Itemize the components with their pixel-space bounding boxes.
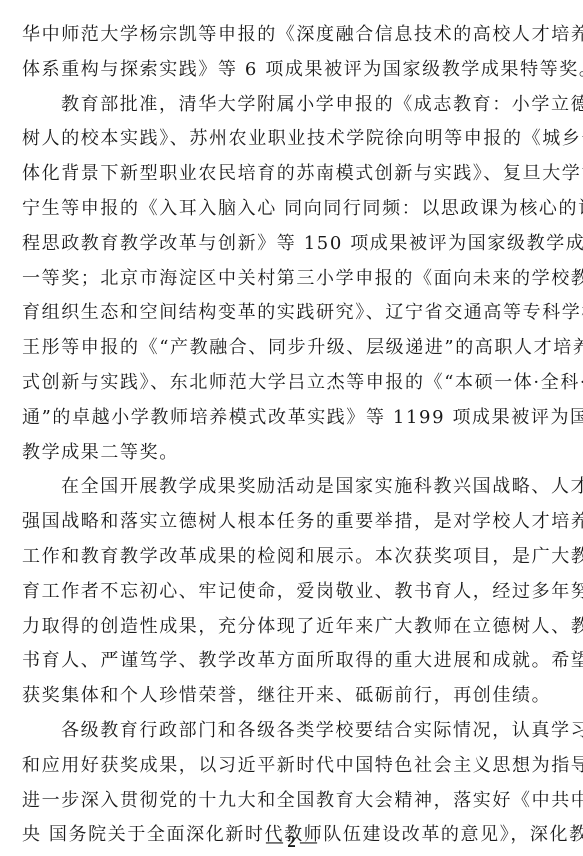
text-line: 和应用好获奖成果，以习近平新时代中国特色社会主义思想为指导， (22, 749, 562, 783)
text-line: 华中师范大学杨宗凯等申报的《深度融合信息技术的高校人才培养 (22, 18, 562, 52)
text-line: 书育人、严谨笃学、教学改革方面所取得的重大进展和成就。希望 (22, 644, 562, 678)
text-line: 进一步深入贯彻党的十九大和全国教育大会精神，落实好《中共中 (22, 784, 562, 818)
text-line: 育组织生态和空间结构变革的实践研究》、辽宁省交通高等专科学校 (22, 296, 562, 330)
text-line: 教学成果二等奖。 (22, 436, 562, 470)
text-line: 育工作者不忘初心、牢记使命，爱岗敬业、教书育人，经过多年努 (22, 575, 562, 609)
document-page: 华中师范大学杨宗凯等申报的《深度融合信息技术的高校人才培养体系重构与探索实践》等… (0, 0, 583, 856)
text-line: 树人的校本实践》、苏州农业职业技术学院徐向明等申报的《城乡一 (22, 122, 562, 156)
page-number: — 2 — (0, 832, 583, 852)
text-line: 体化背景下新型职业农民培育的苏南模式创新与实践》、复旦大学许 (22, 157, 562, 191)
text-line: 体系重构与探索实践》等 6 项成果被评为国家级教学成果特等奖。 (22, 53, 562, 87)
text-line: 各级教育行政部门和各级各类学校要结合实际情况，认真学习 (61, 714, 583, 748)
text-line: 通”的卓越小学教师培养模式改革实践》等 1199 项成果被评为国家级 (22, 401, 562, 435)
text-line: 程思政教育教学改革与创新》等 150 项成果被评为国家级教学成果 (22, 227, 562, 261)
text-line: 工作和教育教学改革成果的检阅和展示。本次获奖项目，是广大教 (22, 540, 562, 574)
text-line: 宁生等申报的《入耳入脑入心 同向同行同频：以思政课为核心的课 (22, 192, 562, 226)
text-line: 王彤等申报的《“产教融合、同步升级、层级递进”的高职人才培养模 (22, 331, 562, 365)
text-line: 一等奖；北京市海淀区中关村第三小学申报的《面向未来的学校教 (22, 262, 562, 296)
text-line: 在全国开展教学成果奖励活动是国家实施科教兴国战略、人才 (61, 470, 583, 504)
text-line: 力取得的创造性成果，充分体现了近年来广大教师在立德树人、教 (22, 610, 562, 644)
text-line: 式创新与实践》、东北师范大学吕立杰等申报的《“本硕一体·全科·融 (22, 366, 562, 400)
text-line: 获奖集体和个人珍惜荣誉，继往开来、砥砺前行，再创佳绩。 (22, 679, 562, 713)
text-line: 强国战略和落实立德树人根本任务的重要举措，是对学校人才培养 (22, 505, 562, 539)
text-line: 教育部批准，清华大学附属小学申报的《成志教育：小学立德 (61, 88, 583, 122)
